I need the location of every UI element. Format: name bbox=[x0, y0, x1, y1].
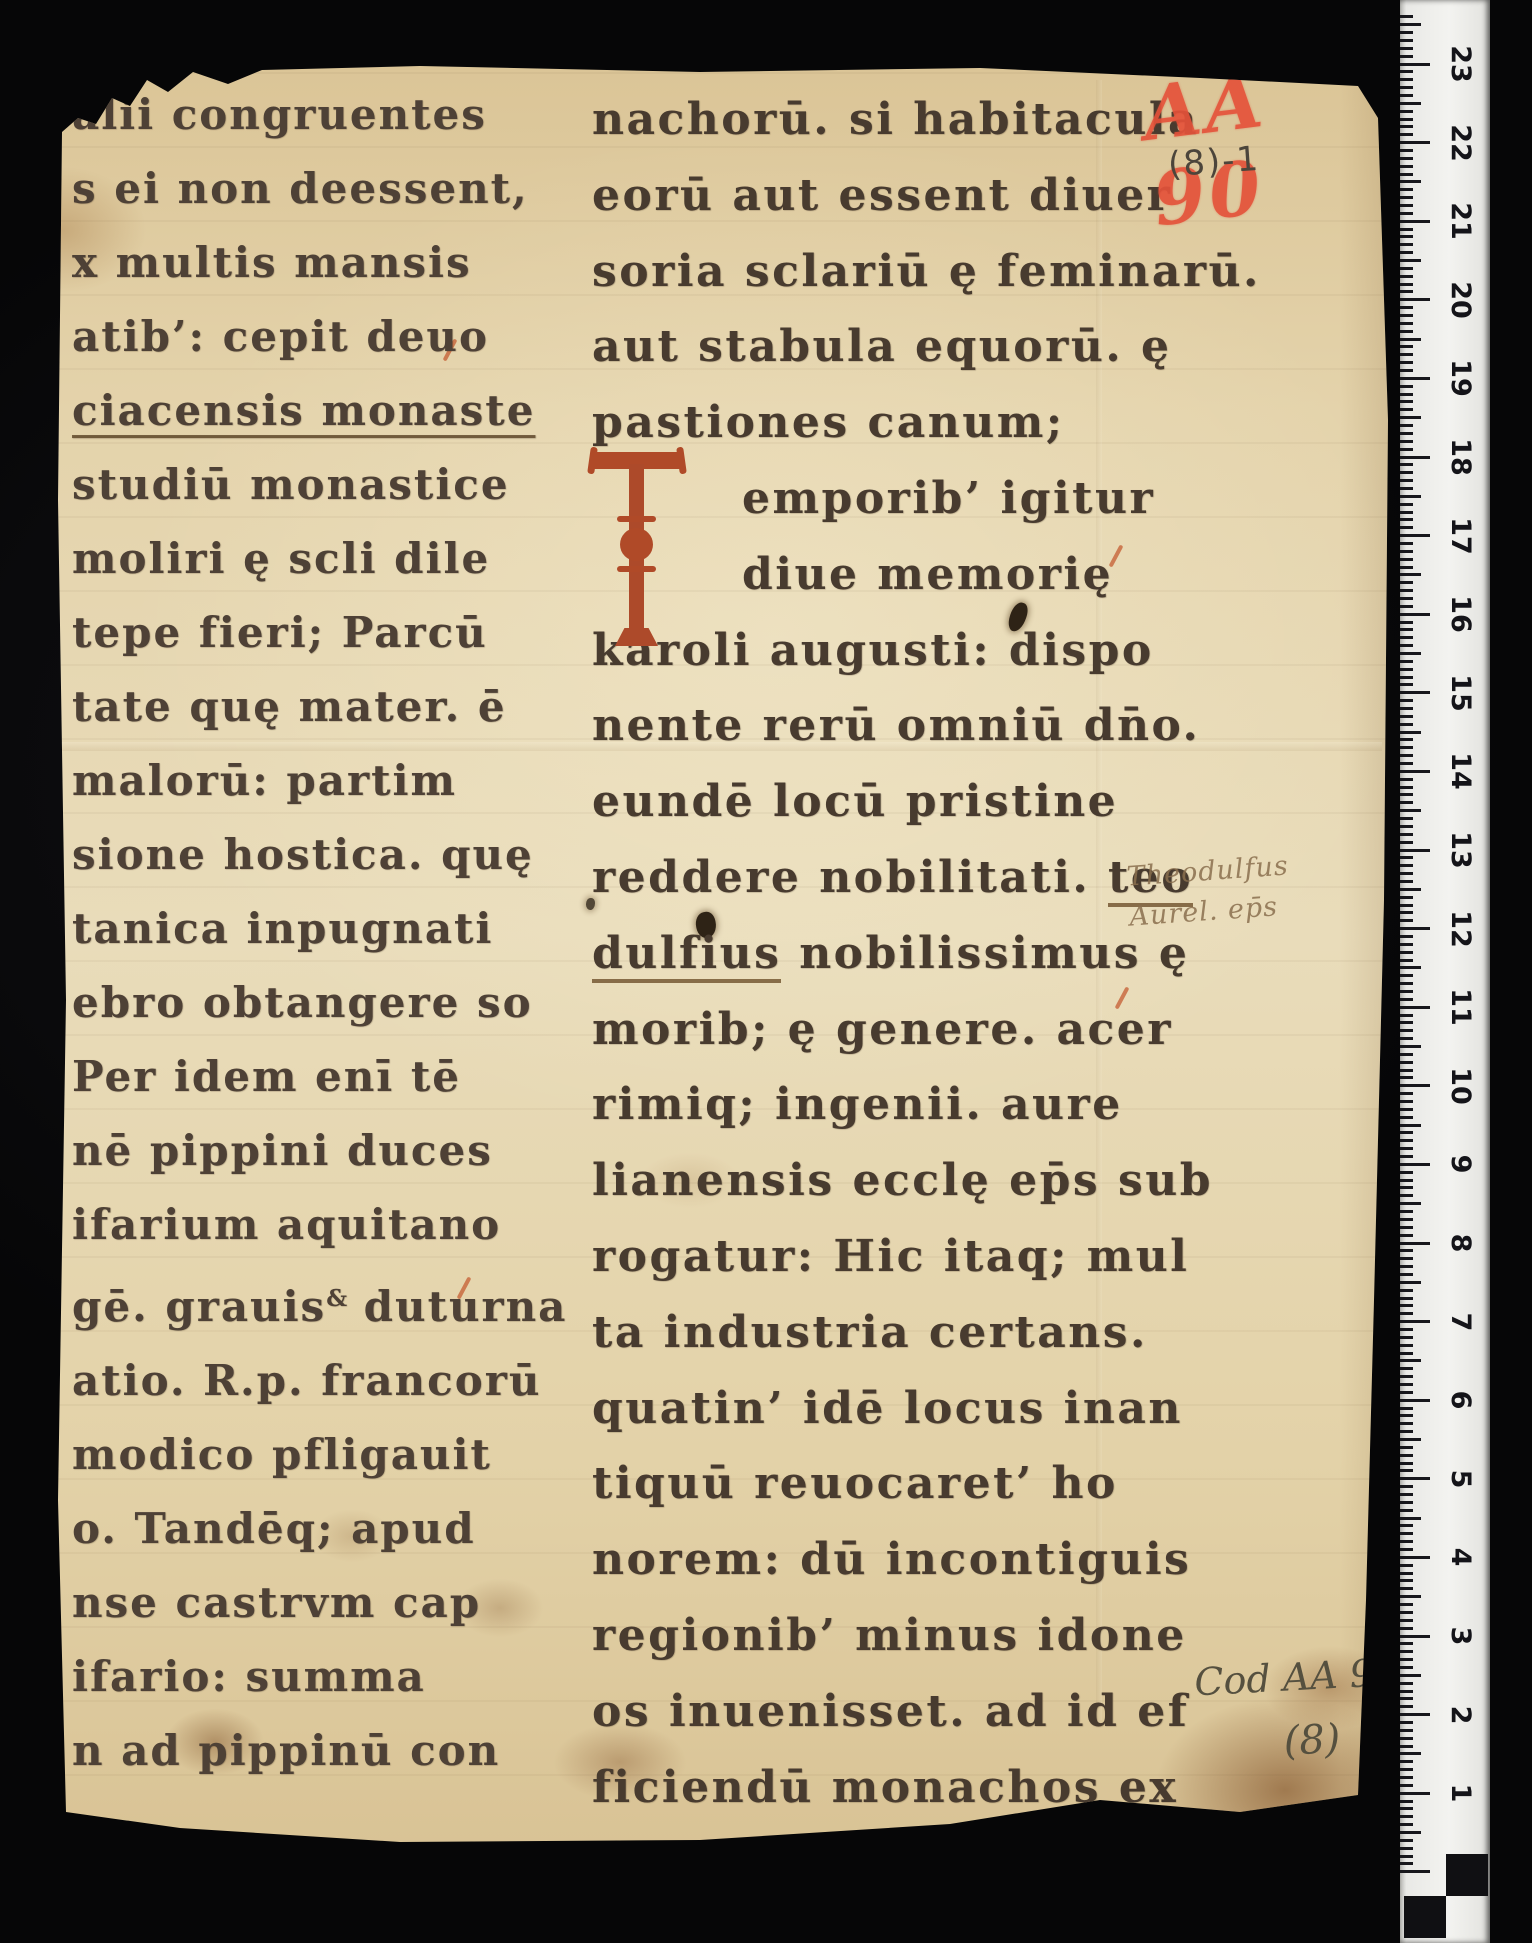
ruler-tick bbox=[1400, 1367, 1413, 1370]
ruler-tick bbox=[1400, 1800, 1413, 1803]
ruler-number: 22 bbox=[1445, 123, 1475, 163]
initial-ridge bbox=[617, 516, 656, 522]
ruler-tick bbox=[1400, 896, 1413, 899]
ruler-tick bbox=[1400, 856, 1413, 859]
initial-knot bbox=[620, 528, 653, 561]
ruler-number: 6 bbox=[1445, 1380, 1475, 1420]
ruler-tick bbox=[1400, 1469, 1413, 1472]
manuscript-word: emporib’ igitur bbox=[742, 473, 1155, 524]
manuscript-line: ifarium aquitano bbox=[72, 1188, 480, 1262]
ruler-tick bbox=[1400, 849, 1430, 852]
ruler-tick bbox=[1400, 534, 1430, 537]
ruler-tick bbox=[1400, 1823, 1413, 1826]
ruler-tick bbox=[1400, 1438, 1421, 1441]
ruler-end-block bbox=[1446, 1854, 1488, 1896]
manuscript-line: tanica inpugnati bbox=[72, 892, 480, 966]
manuscript-word: nachorū. si habitacula bbox=[592, 94, 1199, 145]
manuscript-line: atib’: cepit deuo bbox=[72, 300, 480, 374]
manuscript-word: nobilissimus ę bbox=[781, 928, 1189, 979]
manuscript-word: nē pippini duces bbox=[72, 1126, 493, 1175]
ruler-tick bbox=[1400, 628, 1413, 631]
manuscript-word: rimiq; ingenii. aure bbox=[592, 1079, 1123, 1130]
ruler-tick bbox=[1400, 1242, 1430, 1245]
ruler-tick bbox=[1400, 683, 1413, 686]
ruler-number: 19 bbox=[1445, 358, 1475, 398]
ruler-tick bbox=[1400, 1273, 1413, 1276]
manuscript-word: os inuenisset. ad id ef bbox=[592, 1686, 1189, 1737]
manuscript-line: malorū: partim bbox=[72, 744, 480, 818]
manuscript-line: nē pippini duces bbox=[72, 1114, 480, 1188]
ruler-tick bbox=[1400, 1234, 1413, 1237]
ruler-tick bbox=[1400, 47, 1413, 50]
manuscript-line: karoli augusti: dispo bbox=[592, 613, 1292, 689]
ruler-tick bbox=[1400, 212, 1413, 215]
ruler-tick bbox=[1400, 1611, 1413, 1614]
ruler-tick bbox=[1400, 927, 1430, 930]
ruler-tick bbox=[1400, 1076, 1413, 1079]
ruler-tick bbox=[1400, 1304, 1413, 1307]
ruler-tick bbox=[1400, 974, 1413, 977]
ruler-tick bbox=[1400, 408, 1413, 411]
ruler-tick bbox=[1400, 1847, 1413, 1850]
ruler-tick bbox=[1400, 1139, 1413, 1142]
ruler-tick bbox=[1400, 1116, 1413, 1119]
ruler-tick bbox=[1400, 259, 1421, 262]
ruler-tick bbox=[1400, 1509, 1413, 1512]
ruler-tick bbox=[1400, 361, 1413, 364]
ruler-tick bbox=[1400, 1186, 1413, 1189]
ruler-tick bbox=[1400, 1430, 1413, 1433]
ruler-tick bbox=[1400, 298, 1430, 301]
ruler-tick bbox=[1400, 864, 1413, 867]
ruler-tick bbox=[1400, 400, 1413, 403]
ruler-tick bbox=[1400, 1768, 1413, 1771]
ruler-tick bbox=[1400, 306, 1413, 309]
ruler-tick bbox=[1400, 825, 1413, 828]
ruler-tick bbox=[1400, 1587, 1413, 1590]
ruler-tick bbox=[1400, 1210, 1413, 1213]
manuscript-word: quatin’ idē locus inan bbox=[592, 1383, 1183, 1434]
ruler-tick bbox=[1400, 118, 1413, 121]
ruler-tick bbox=[1400, 1037, 1413, 1040]
ruler-tick bbox=[1400, 1359, 1421, 1362]
manuscript-word: studiū monastice bbox=[72, 460, 510, 509]
ruler-tick bbox=[1400, 1446, 1413, 1449]
manuscript-line: morib; ę genere. acer bbox=[592, 992, 1292, 1068]
ruler-tick bbox=[1400, 1556, 1430, 1559]
ruler-number: 17 bbox=[1445, 516, 1475, 556]
ruler-tick bbox=[1400, 165, 1413, 168]
ruler-tick bbox=[1400, 220, 1430, 223]
ruler-tick bbox=[1400, 1462, 1413, 1465]
ruler-tick bbox=[1400, 1399, 1430, 1402]
manuscript-word: moliri ę scli dile bbox=[72, 534, 490, 583]
ruler-tick bbox=[1400, 448, 1413, 451]
ruler-tick bbox=[1400, 1407, 1413, 1410]
ruler-tick bbox=[1400, 1014, 1413, 1017]
ruler-tick bbox=[1400, 1862, 1413, 1865]
ruler-tick bbox=[1400, 754, 1413, 757]
ruler-tick bbox=[1400, 133, 1413, 136]
ruler-tick bbox=[1400, 196, 1413, 199]
ruler-tick bbox=[1400, 951, 1413, 954]
manuscript-line: modico pfligauit bbox=[72, 1418, 480, 1492]
ruler-tick bbox=[1400, 1682, 1413, 1685]
ruler-tick bbox=[1400, 558, 1413, 561]
manuscript-line: n ad pippinū con bbox=[72, 1714, 480, 1788]
manuscript-word: nse castrvm cap bbox=[72, 1578, 481, 1627]
manuscript-line: moliri ę scli dile bbox=[72, 522, 480, 596]
manuscript-word: ficiendū monachos ex bbox=[592, 1762, 1178, 1813]
manuscript-word: atio. R.p. francorū bbox=[72, 1356, 541, 1405]
ruler-tick bbox=[1400, 377, 1430, 380]
ruler-number: 12 bbox=[1445, 909, 1475, 949]
ruler-tick bbox=[1400, 251, 1413, 254]
ruler-tick bbox=[1400, 23, 1421, 26]
ruler-tick bbox=[1400, 1061, 1413, 1064]
ruler-tick bbox=[1400, 157, 1413, 160]
manuscript-line: tepe fieri; Parcū bbox=[72, 596, 480, 670]
ruler-tick bbox=[1400, 770, 1430, 773]
ruler-tick bbox=[1400, 746, 1413, 749]
ruler-tick bbox=[1400, 1737, 1413, 1740]
manuscript-line: studiū monastice bbox=[72, 448, 480, 522]
ruler-tick bbox=[1400, 1422, 1413, 1425]
ruler-tick bbox=[1400, 1666, 1413, 1669]
ruler-tick bbox=[1400, 817, 1413, 820]
manuscript-line: eundē locū pristine bbox=[592, 764, 1292, 840]
ruler-tick bbox=[1400, 204, 1413, 207]
ruler-tick bbox=[1400, 888, 1421, 891]
ruler-tick bbox=[1400, 613, 1430, 616]
ruler-tick bbox=[1400, 911, 1413, 914]
manuscript-word: ebro obtangere so bbox=[72, 978, 533, 1027]
manuscript-word: s ei non deessent, bbox=[72, 164, 529, 213]
text-column-left: alii congruentess ei non deessent,x mult… bbox=[72, 78, 480, 1788]
manuscript-word: sione hostica. quę bbox=[72, 830, 534, 879]
pencil-shelfmark-line1: Cod AA 90 bbox=[1193, 1640, 1400, 1715]
manuscript-word: n ad pippinū con bbox=[72, 1726, 500, 1775]
ruler-tick bbox=[1400, 110, 1413, 113]
ruler-tick bbox=[1400, 39, 1413, 42]
manuscript-word: eorū aut essent diuer bbox=[592, 170, 1172, 221]
ruler-tick bbox=[1400, 345, 1413, 348]
ruler-tick bbox=[1400, 1163, 1430, 1166]
ruler-tick bbox=[1400, 1092, 1413, 1095]
manuscript-word: tiquū reuocaret’ ho bbox=[592, 1458, 1118, 1509]
ruler-tick bbox=[1400, 15, 1413, 18]
ruler-tick bbox=[1400, 440, 1413, 443]
ruler-tick bbox=[1400, 723, 1413, 726]
ruler-tick bbox=[1400, 1414, 1413, 1417]
manuscript-line: pastiones canum; bbox=[592, 385, 1292, 461]
ruler-tick bbox=[1400, 1831, 1421, 1834]
ruler-number: 16 bbox=[1445, 594, 1475, 634]
ruler-tick bbox=[1400, 353, 1413, 356]
ruler-tick bbox=[1400, 503, 1413, 506]
manuscript-line: ciacensis monaste bbox=[72, 374, 480, 448]
ruler-tick bbox=[1400, 393, 1413, 396]
ruler-tick bbox=[1400, 1540, 1413, 1543]
ruler-tick bbox=[1400, 1572, 1413, 1575]
ruler-tick bbox=[1400, 982, 1413, 985]
ruler-tick bbox=[1400, 652, 1421, 655]
ruler-tick bbox=[1400, 1690, 1413, 1693]
manuscript-word: gē. grauis bbox=[72, 1282, 326, 1331]
ruler-tick bbox=[1400, 872, 1413, 875]
manuscript-word: morib; ę genere. acer bbox=[592, 1004, 1173, 1055]
ruler-tick bbox=[1400, 1776, 1413, 1779]
ruler-number: 9 bbox=[1445, 1144, 1475, 1184]
ruler-tick bbox=[1400, 432, 1413, 435]
ruler-tick bbox=[1400, 330, 1413, 333]
ruler-tick bbox=[1400, 1257, 1413, 1260]
ruler-tick bbox=[1400, 1391, 1413, 1394]
ruler-tick bbox=[1400, 1454, 1413, 1457]
ruler-tick bbox=[1400, 125, 1413, 128]
ruler-tick bbox=[1400, 1501, 1413, 1504]
manuscript-word: tate quę mater. ē bbox=[72, 682, 507, 731]
manuscript-word: ciacensis monaste bbox=[72, 386, 535, 435]
ruler-tick bbox=[1400, 801, 1413, 804]
ruler-tick bbox=[1400, 511, 1413, 514]
ruler-tick bbox=[1400, 1635, 1430, 1638]
manuscript-word: aut stabula equorū. ę bbox=[592, 321, 1171, 372]
ruler-number: 23 bbox=[1445, 44, 1475, 84]
ruler-tick bbox=[1400, 1226, 1413, 1229]
manuscript-word: Per idem enī tē bbox=[72, 1052, 461, 1101]
ruler-tick bbox=[1400, 1021, 1413, 1024]
manuscript-word: malorū: partim bbox=[72, 756, 457, 805]
manuscript-word: pastiones canum; bbox=[592, 397, 1065, 448]
ruler-tick bbox=[1400, 1517, 1421, 1520]
ruler-tick bbox=[1400, 141, 1430, 144]
ruler-tick bbox=[1400, 1485, 1413, 1488]
ruler-tick bbox=[1400, 959, 1413, 962]
manuscript-line: ta industria certans. bbox=[592, 1295, 1292, 1371]
manuscript-word: atib’: cepit deuo bbox=[72, 312, 489, 361]
ruler-number: 3 bbox=[1445, 1616, 1475, 1656]
ruler-tick bbox=[1400, 1721, 1413, 1724]
ruler-number: 7 bbox=[1445, 1302, 1475, 1342]
ruler-tick bbox=[1400, 1218, 1413, 1221]
ruler-tick bbox=[1400, 1006, 1430, 1009]
ruler-tick bbox=[1400, 1131, 1413, 1134]
manuscript-word: soria sclariū ę feminarū. bbox=[592, 246, 1261, 297]
ruler-tick bbox=[1400, 526, 1413, 529]
ruler-tick bbox=[1400, 1658, 1413, 1661]
ruler-tick bbox=[1400, 573, 1421, 576]
ruler-tick bbox=[1400, 1870, 1430, 1873]
ruler-tick bbox=[1400, 715, 1413, 718]
manuscript-word: regionib’ minus idone bbox=[592, 1610, 1187, 1661]
ruler-tick bbox=[1400, 880, 1413, 883]
ruler-tick bbox=[1400, 94, 1413, 97]
ruler-tick bbox=[1400, 1745, 1413, 1748]
ruler-number: 13 bbox=[1445, 830, 1475, 870]
ruler-tick bbox=[1400, 935, 1413, 938]
manuscript-line: s ei non deessent, bbox=[72, 152, 480, 226]
ruler-tick bbox=[1400, 1579, 1413, 1582]
initial-foot bbox=[615, 628, 658, 646]
ruler-tick bbox=[1400, 1603, 1413, 1606]
ruler-tick bbox=[1400, 841, 1413, 844]
ruler-tick bbox=[1400, 691, 1430, 694]
manuscript-line: alii congruentes bbox=[72, 78, 480, 152]
ruler-tick bbox=[1400, 1029, 1413, 1032]
ruler-tick bbox=[1400, 1265, 1413, 1268]
ruler-number: 15 bbox=[1445, 673, 1475, 713]
manuscript-line: tate quę mater. ē bbox=[72, 670, 480, 744]
ruler-tick bbox=[1400, 63, 1430, 66]
ruler-tick bbox=[1400, 424, 1413, 427]
manuscript-line: ifario: summa bbox=[72, 1640, 480, 1714]
pencil-shelfmark-bottom: Cod AA 90 (8) bbox=[1193, 1640, 1403, 1778]
ruler-tick bbox=[1400, 1713, 1430, 1716]
ruler-tick bbox=[1400, 1312, 1413, 1315]
ruler-tick bbox=[1400, 1084, 1430, 1087]
ruler-tick bbox=[1400, 1249, 1413, 1252]
manuscript-word: ifarium aquitano bbox=[72, 1200, 501, 1249]
ruler-tick bbox=[1400, 762, 1413, 765]
ruler-tick bbox=[1400, 738, 1413, 741]
ruler-tick bbox=[1400, 621, 1413, 624]
ruler-tick bbox=[1400, 283, 1413, 286]
ruler-tick bbox=[1400, 487, 1413, 490]
ruler-tick bbox=[1400, 338, 1421, 341]
ruler-tick bbox=[1400, 1344, 1413, 1347]
ruler-tick bbox=[1400, 275, 1413, 278]
ruler-tick bbox=[1400, 471, 1413, 474]
manuscript-word: norem: dū incontiguis bbox=[592, 1534, 1191, 1585]
ruler-tick bbox=[1400, 644, 1413, 647]
manuscript-line: rimiq; ingenii. aure bbox=[592, 1067, 1292, 1143]
manuscript-line: x multis mansis bbox=[72, 226, 480, 300]
ruler-tick bbox=[1400, 1155, 1413, 1158]
manuscript-word: ifario: summa bbox=[72, 1652, 426, 1701]
ruler-tick bbox=[1400, 173, 1413, 176]
ruler-tick bbox=[1400, 668, 1413, 671]
centimeter-ruler: 2322212019181716151413121110987654321 bbox=[1400, 0, 1490, 1943]
ruler-tick bbox=[1400, 1328, 1413, 1331]
ruler-tick bbox=[1400, 369, 1413, 372]
manuscript-word: o. Tandēq; apud bbox=[72, 1504, 476, 1553]
ruler-tick bbox=[1400, 1729, 1413, 1732]
ruler-tick bbox=[1400, 55, 1413, 58]
ruler-tick bbox=[1400, 1855, 1413, 1858]
ruler-end-block bbox=[1404, 1896, 1446, 1938]
margin-note: Theodulfus Aurel. ep̄s bbox=[1125, 846, 1292, 937]
ruler-tick bbox=[1400, 660, 1413, 663]
ruler-tick bbox=[1400, 78, 1413, 81]
manuscript-line: emporib’ igitur bbox=[592, 461, 1292, 537]
manuscript-word: rogatur: Hic itaq; mul bbox=[592, 1231, 1189, 1282]
ruler-number: 2 bbox=[1445, 1695, 1475, 1735]
ruler-tick bbox=[1400, 1627, 1413, 1630]
manuscript-line: aut stabula equorū. ę bbox=[592, 309, 1292, 385]
ruler-number: 11 bbox=[1445, 987, 1475, 1027]
manuscript-line: norem: dū incontiguis bbox=[592, 1522, 1292, 1598]
ruler-tick bbox=[1400, 1839, 1413, 1842]
ruler-tick bbox=[1400, 786, 1413, 789]
ruler-tick bbox=[1400, 793, 1413, 796]
ruler-tick bbox=[1400, 1289, 1413, 1292]
manuscript-line: ficiendū monachos ex bbox=[592, 1750, 1292, 1826]
ruler-tick bbox=[1400, 581, 1413, 584]
ruler-tick bbox=[1400, 1619, 1413, 1622]
pencil-shelfmark-line2: (8) bbox=[1196, 1704, 1403, 1779]
ruler-tick bbox=[1400, 1807, 1413, 1810]
ruler-number: 8 bbox=[1445, 1223, 1475, 1263]
ruler-tick bbox=[1400, 1705, 1413, 1708]
manuscript-word: duturna bbox=[347, 1282, 567, 1331]
ruler-tick bbox=[1400, 1477, 1430, 1480]
ruler-tick bbox=[1400, 1100, 1413, 1103]
ruler-tick bbox=[1400, 904, 1413, 907]
ruler-tick bbox=[1400, 86, 1413, 89]
manuscript-line: sione hostica. quę bbox=[72, 818, 480, 892]
ruler-tick bbox=[1400, 809, 1421, 812]
ruler-number: 21 bbox=[1445, 201, 1475, 241]
ruler-number: 4 bbox=[1445, 1537, 1475, 1577]
ruler-tick bbox=[1400, 102, 1421, 105]
manuscript-word: & bbox=[326, 1285, 347, 1312]
ruler-tick bbox=[1400, 1053, 1413, 1056]
ruler-tick bbox=[1400, 1194, 1413, 1197]
manuscript-word: diue memorię bbox=[742, 549, 1113, 600]
ruler-tick bbox=[1400, 267, 1413, 270]
ruler-number: 20 bbox=[1445, 280, 1475, 320]
ruler-tick bbox=[1400, 228, 1413, 231]
ruler-tick bbox=[1400, 518, 1413, 521]
ruler-number: 1 bbox=[1445, 1773, 1475, 1813]
manuscript-line: nente rerū omniū dn̄o. bbox=[592, 688, 1292, 764]
ruler-tick bbox=[1400, 731, 1421, 734]
ruler-tick bbox=[1400, 707, 1413, 710]
ruler-tick bbox=[1400, 314, 1413, 317]
manuscript-line: atio. R.p. francorū bbox=[72, 1344, 480, 1418]
ruler-tick bbox=[1400, 1281, 1421, 1284]
ruler-tick bbox=[1400, 495, 1421, 498]
text-column-right: nachorū. si habitaculaeorū aut essent di… bbox=[592, 82, 1292, 1825]
ruler-tick bbox=[1400, 1069, 1413, 1072]
pencil-inventory-number: (8)-1 bbox=[1167, 139, 1262, 185]
ruler-tick bbox=[1400, 322, 1413, 325]
ruler-tick bbox=[1400, 605, 1413, 608]
ruler-number: 5 bbox=[1445, 1459, 1475, 1499]
ruler-tick bbox=[1400, 550, 1413, 553]
ruler-tick bbox=[1400, 1320, 1430, 1323]
ruler-tick bbox=[1400, 1336, 1413, 1339]
ruler-number: 18 bbox=[1445, 437, 1475, 477]
ruler-tick bbox=[1400, 456, 1430, 459]
manuscript-word: modico pfligauit bbox=[72, 1430, 492, 1479]
ruler-tick bbox=[1400, 1493, 1413, 1496]
ruler-tick bbox=[1400, 1548, 1413, 1551]
manuscript-line: nse castrvm cap bbox=[72, 1566, 480, 1640]
photo-background: alii congruentess ei non deessent,x mult… bbox=[0, 0, 1532, 1943]
manuscript-line: regionib’ minus idone bbox=[592, 1598, 1292, 1674]
ruler-tick bbox=[1400, 1297, 1413, 1300]
ruler-tick bbox=[1400, 479, 1413, 482]
ruler-tick bbox=[1400, 188, 1413, 191]
ruler-tick bbox=[1400, 1650, 1413, 1653]
ruler-tick bbox=[1400, 919, 1413, 922]
ruler-tick bbox=[1400, 1124, 1421, 1127]
ruler-tick bbox=[1400, 966, 1421, 969]
ruler-tick bbox=[1400, 1564, 1413, 1567]
ruler-tick bbox=[1400, 1202, 1421, 1205]
